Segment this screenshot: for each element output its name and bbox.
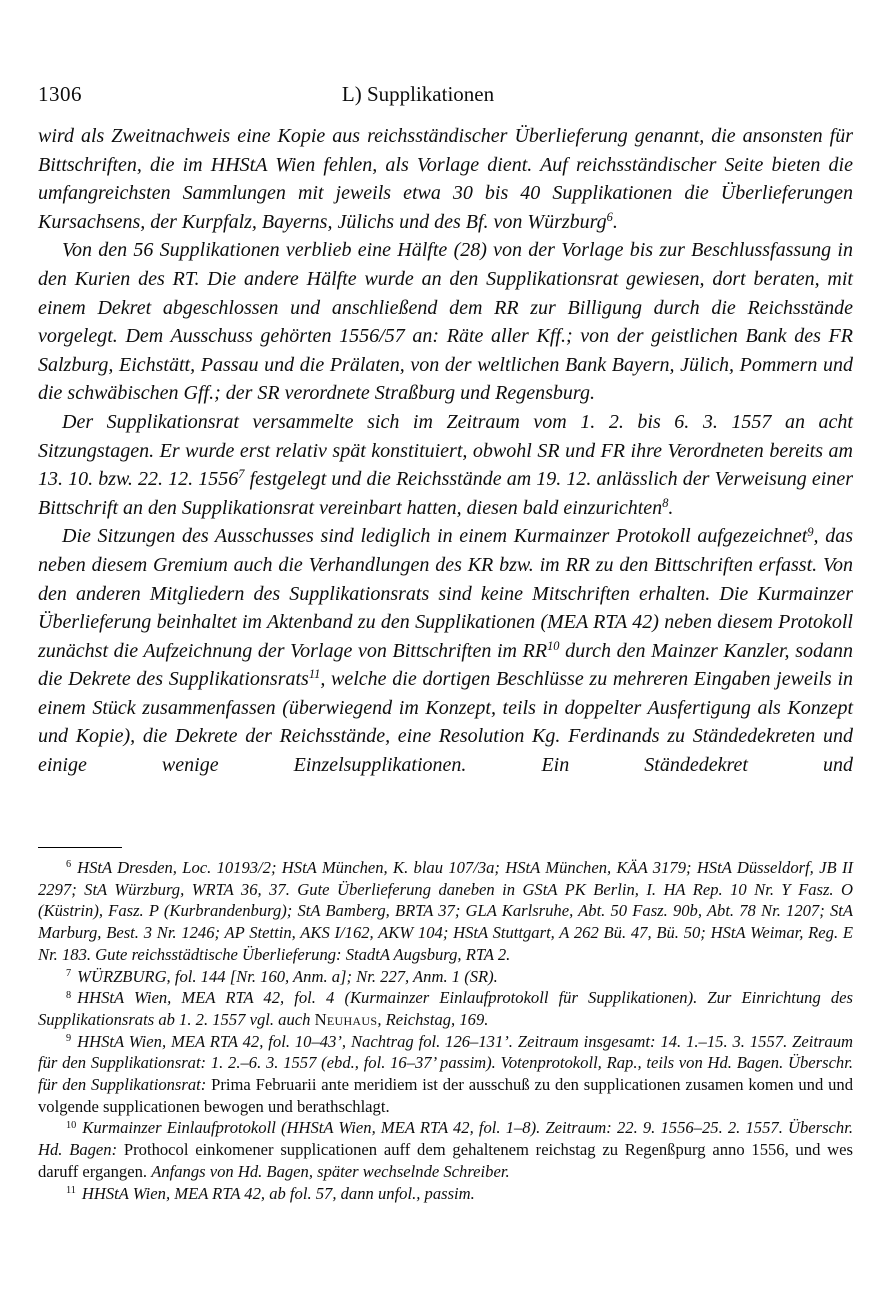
body-paragraph: Die Sitzungen des Ausschusses sind ledig… xyxy=(38,522,853,779)
footnote-number: 10 xyxy=(66,1120,76,1131)
footnote: 7WÜRZBURG, fol. 144 [Nr. 160, Anm. a]; N… xyxy=(38,966,853,988)
footnote: 8HHStA Wien, MEA RTA 42, fol. 4 (Kurmain… xyxy=(38,987,853,1030)
footnote-ref: 10 xyxy=(547,639,559,653)
text-run: , Reichstag, 169. xyxy=(377,1010,488,1029)
footnote: 10Kurmainzer Einlaufprotokoll (HHStA Wie… xyxy=(38,1117,853,1182)
footnote-ref: 6 xyxy=(607,210,613,224)
text-run: Anfangs von Hd. Bagen, später wechselnde… xyxy=(151,1162,509,1181)
text-run: HStA Dresden, Loc. 10193/2; HStA München… xyxy=(38,858,853,964)
text-run: HHStA Wien, MEA RTA 42, ab fol. 57, dann… xyxy=(82,1184,475,1203)
page-header: 1306 L) Supplikationen xyxy=(38,82,853,108)
text-run: WÜRZBURG, fol. 144 [Nr. 160, Anm. a]; Nr… xyxy=(77,967,498,986)
body-paragraph: wird als Zweitnachweis eine Kopie aus re… xyxy=(38,122,853,236)
body-paragraph: Von den 56 Supplikationen verblieb eine … xyxy=(38,236,853,408)
footnote-number: 9 xyxy=(66,1033,71,1044)
footnote-ref: 9 xyxy=(807,525,813,539)
text-run: Von den 56 Supplikationen verblieb eine … xyxy=(38,239,853,404)
footnote-number: 8 xyxy=(66,990,71,1001)
text-run: . xyxy=(668,497,673,519)
footnote-ref: 8 xyxy=(662,496,668,510)
footnote: 6HStA Dresden, Loc. 10193/2; HStA Münche… xyxy=(38,857,853,966)
text-run: . xyxy=(613,211,618,233)
footnote-ref: 11 xyxy=(309,667,320,681)
footnote-number: 7 xyxy=(66,968,71,979)
body-paragraph: Der Supplikationsrat versammelte sich im… xyxy=(38,408,853,522)
main-text-block: wird als Zweitnachweis eine Kopie aus re… xyxy=(38,122,853,780)
footnote: 9HHStA Wien, MEA RTA 42, fol. 10–43’, Na… xyxy=(38,1031,853,1118)
footnote-ref: 7 xyxy=(238,467,244,481)
running-head: L) Supplikationen xyxy=(38,82,798,107)
text-run: Die Sitzungen des Ausschusses sind ledig… xyxy=(62,525,807,547)
footnote-number: 6 xyxy=(66,859,71,870)
book-page: 1306 L) Supplikationen wird als Zweitnac… xyxy=(0,0,891,1300)
footnote-number: 11 xyxy=(66,1185,76,1196)
footnotes-block: 6HStA Dresden, Loc. 10193/2; HStA Münche… xyxy=(38,857,853,1204)
author-name-smallcaps: Neuhaus xyxy=(315,1010,378,1029)
footnote-separator-rule xyxy=(38,847,122,848)
text-run: wird als Zweitnachweis eine Kopie aus re… xyxy=(38,125,853,233)
footnote: 11HHStA Wien, MEA RTA 42, ab fol. 57, da… xyxy=(38,1183,853,1205)
